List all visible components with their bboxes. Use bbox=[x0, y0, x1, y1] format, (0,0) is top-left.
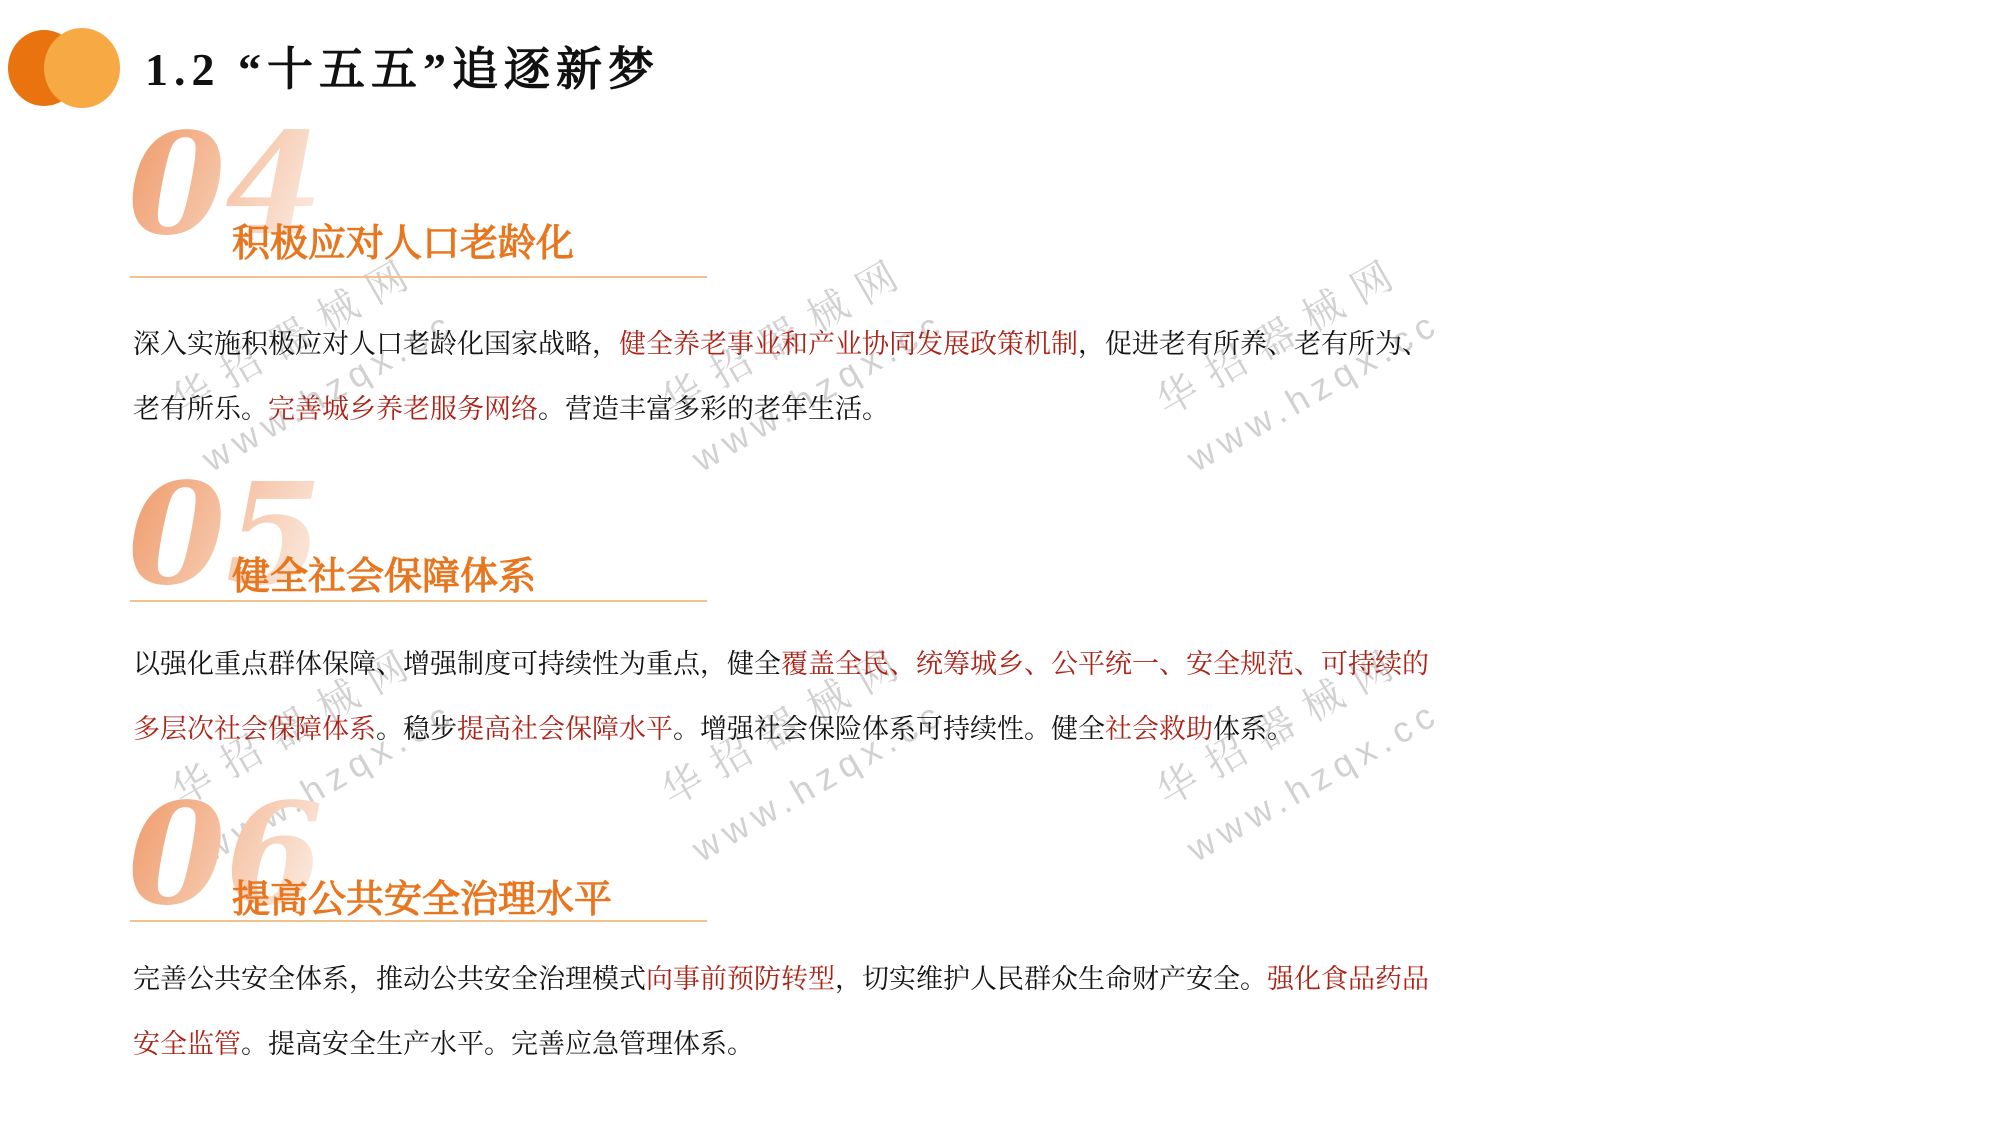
page-title: 1.2 “十五五”追逐新梦 bbox=[145, 33, 660, 99]
text-segment-emphasis: 健全养老事业和产业协同发展政策机制 bbox=[619, 329, 1078, 359]
text-segment: ，促进老有所养、老有所为、 bbox=[1078, 329, 1429, 359]
section-social-security: 05 健全社会保障体系 以强化重点群体保障、增强制度可持续性为重点，健全覆盖全民… bbox=[0, 490, 2000, 790]
text-segment: 。增强社会保险体系可持续性。健全 bbox=[673, 714, 1105, 744]
text-segment-emphasis: 向事前预防转型 bbox=[646, 964, 835, 994]
logo-circle-light bbox=[44, 28, 120, 108]
text-segment-emphasis: 完善城乡养老服务网络 bbox=[268, 394, 538, 424]
section-paragraph: 深入实施积极应对人口老龄化国家战略，健全养老事业和产业协同发展政策机制，促进老有… bbox=[133, 312, 1453, 442]
paragraph-line: 安全监管。提高安全生产水平。完善应急管理体系。 bbox=[133, 1012, 1453, 1077]
text-segment: 以强化重点群体保障、增强制度可持续性为重点，健全 bbox=[133, 649, 781, 679]
text-segment: 。稳步 bbox=[376, 714, 457, 744]
paragraph-line: 深入实施积极应对人口老龄化国家战略，健全养老事业和产业协同发展政策机制，促进老有… bbox=[133, 312, 1453, 377]
logo-circles-icon bbox=[8, 28, 128, 108]
text-segment: 深入实施积极应对人口老龄化国家战略， bbox=[133, 329, 619, 359]
section-paragraph: 完善公共安全体系，推动公共安全治理模式向事前预防转型，切实维护人民群众生命财产安… bbox=[133, 947, 1453, 1077]
slide-header: 1.2 “十五五”追逐新梦 bbox=[0, 0, 2000, 120]
text-segment-emphasis: 多层次社会保障体系 bbox=[133, 714, 376, 744]
text-segment-emphasis: 社会救助 bbox=[1105, 714, 1213, 744]
section-heading: 积极应对人口老龄化 bbox=[232, 212, 574, 267]
text-segment-emphasis: 强化食品药品 bbox=[1267, 964, 1429, 994]
slide: 华招器械网 www.hzqx.cc 华招器械网 www.hzqx.cc 华招器械… bbox=[0, 0, 2000, 1125]
section-public-safety: 06 提高公共安全治理水平 完善公共安全体系，推动公共安全治理模式向事前预防转型… bbox=[0, 810, 2000, 1110]
paragraph-line: 完善公共安全体系，推动公共安全治理模式向事前预防转型，切实维护人民群众生命财产安… bbox=[133, 947, 1453, 1012]
section-aging: 04 积极应对人口老龄化 深入实施积极应对人口老龄化国家战略，健全养老事业和产业… bbox=[0, 140, 2000, 440]
paragraph-line: 多层次社会保障体系。稳步提高社会保障水平。增强社会保险体系可持续性。健全社会救助… bbox=[133, 697, 1453, 762]
text-segment: 完善公共安全体系，推动公共安全治理模式 bbox=[133, 964, 646, 994]
text-segment: 体系。 bbox=[1213, 714, 1294, 744]
text-segment: 老有所乐。 bbox=[133, 394, 268, 424]
paragraph-line: 以强化重点群体保障、增强制度可持续性为重点，健全覆盖全民、统筹城乡、公平统一、安… bbox=[133, 632, 1453, 697]
section-paragraph: 以强化重点群体保障、增强制度可持续性为重点，健全覆盖全民、统筹城乡、公平统一、安… bbox=[133, 632, 1453, 762]
section-heading: 健全社会保障体系 bbox=[232, 545, 536, 600]
text-segment-emphasis: 提高社会保障水平 bbox=[457, 714, 673, 744]
section-divider bbox=[130, 276, 707, 278]
text-segment: ，切实维护人民群众生命财产安全。 bbox=[835, 964, 1267, 994]
text-segment: 。提高安全生产水平。完善应急管理体系。 bbox=[241, 1029, 754, 1059]
text-segment-emphasis: 安全监管 bbox=[133, 1029, 241, 1059]
text-segment-emphasis: 覆盖全民、统筹城乡、公平统一、安全规范、可持续的 bbox=[781, 649, 1429, 679]
section-heading: 提高公共安全治理水平 bbox=[232, 868, 612, 923]
text-segment: 。营造丰富多彩的老年生活。 bbox=[538, 394, 889, 424]
paragraph-line: 老有所乐。完善城乡养老服务网络。营造丰富多彩的老年生活。 bbox=[133, 377, 1453, 442]
